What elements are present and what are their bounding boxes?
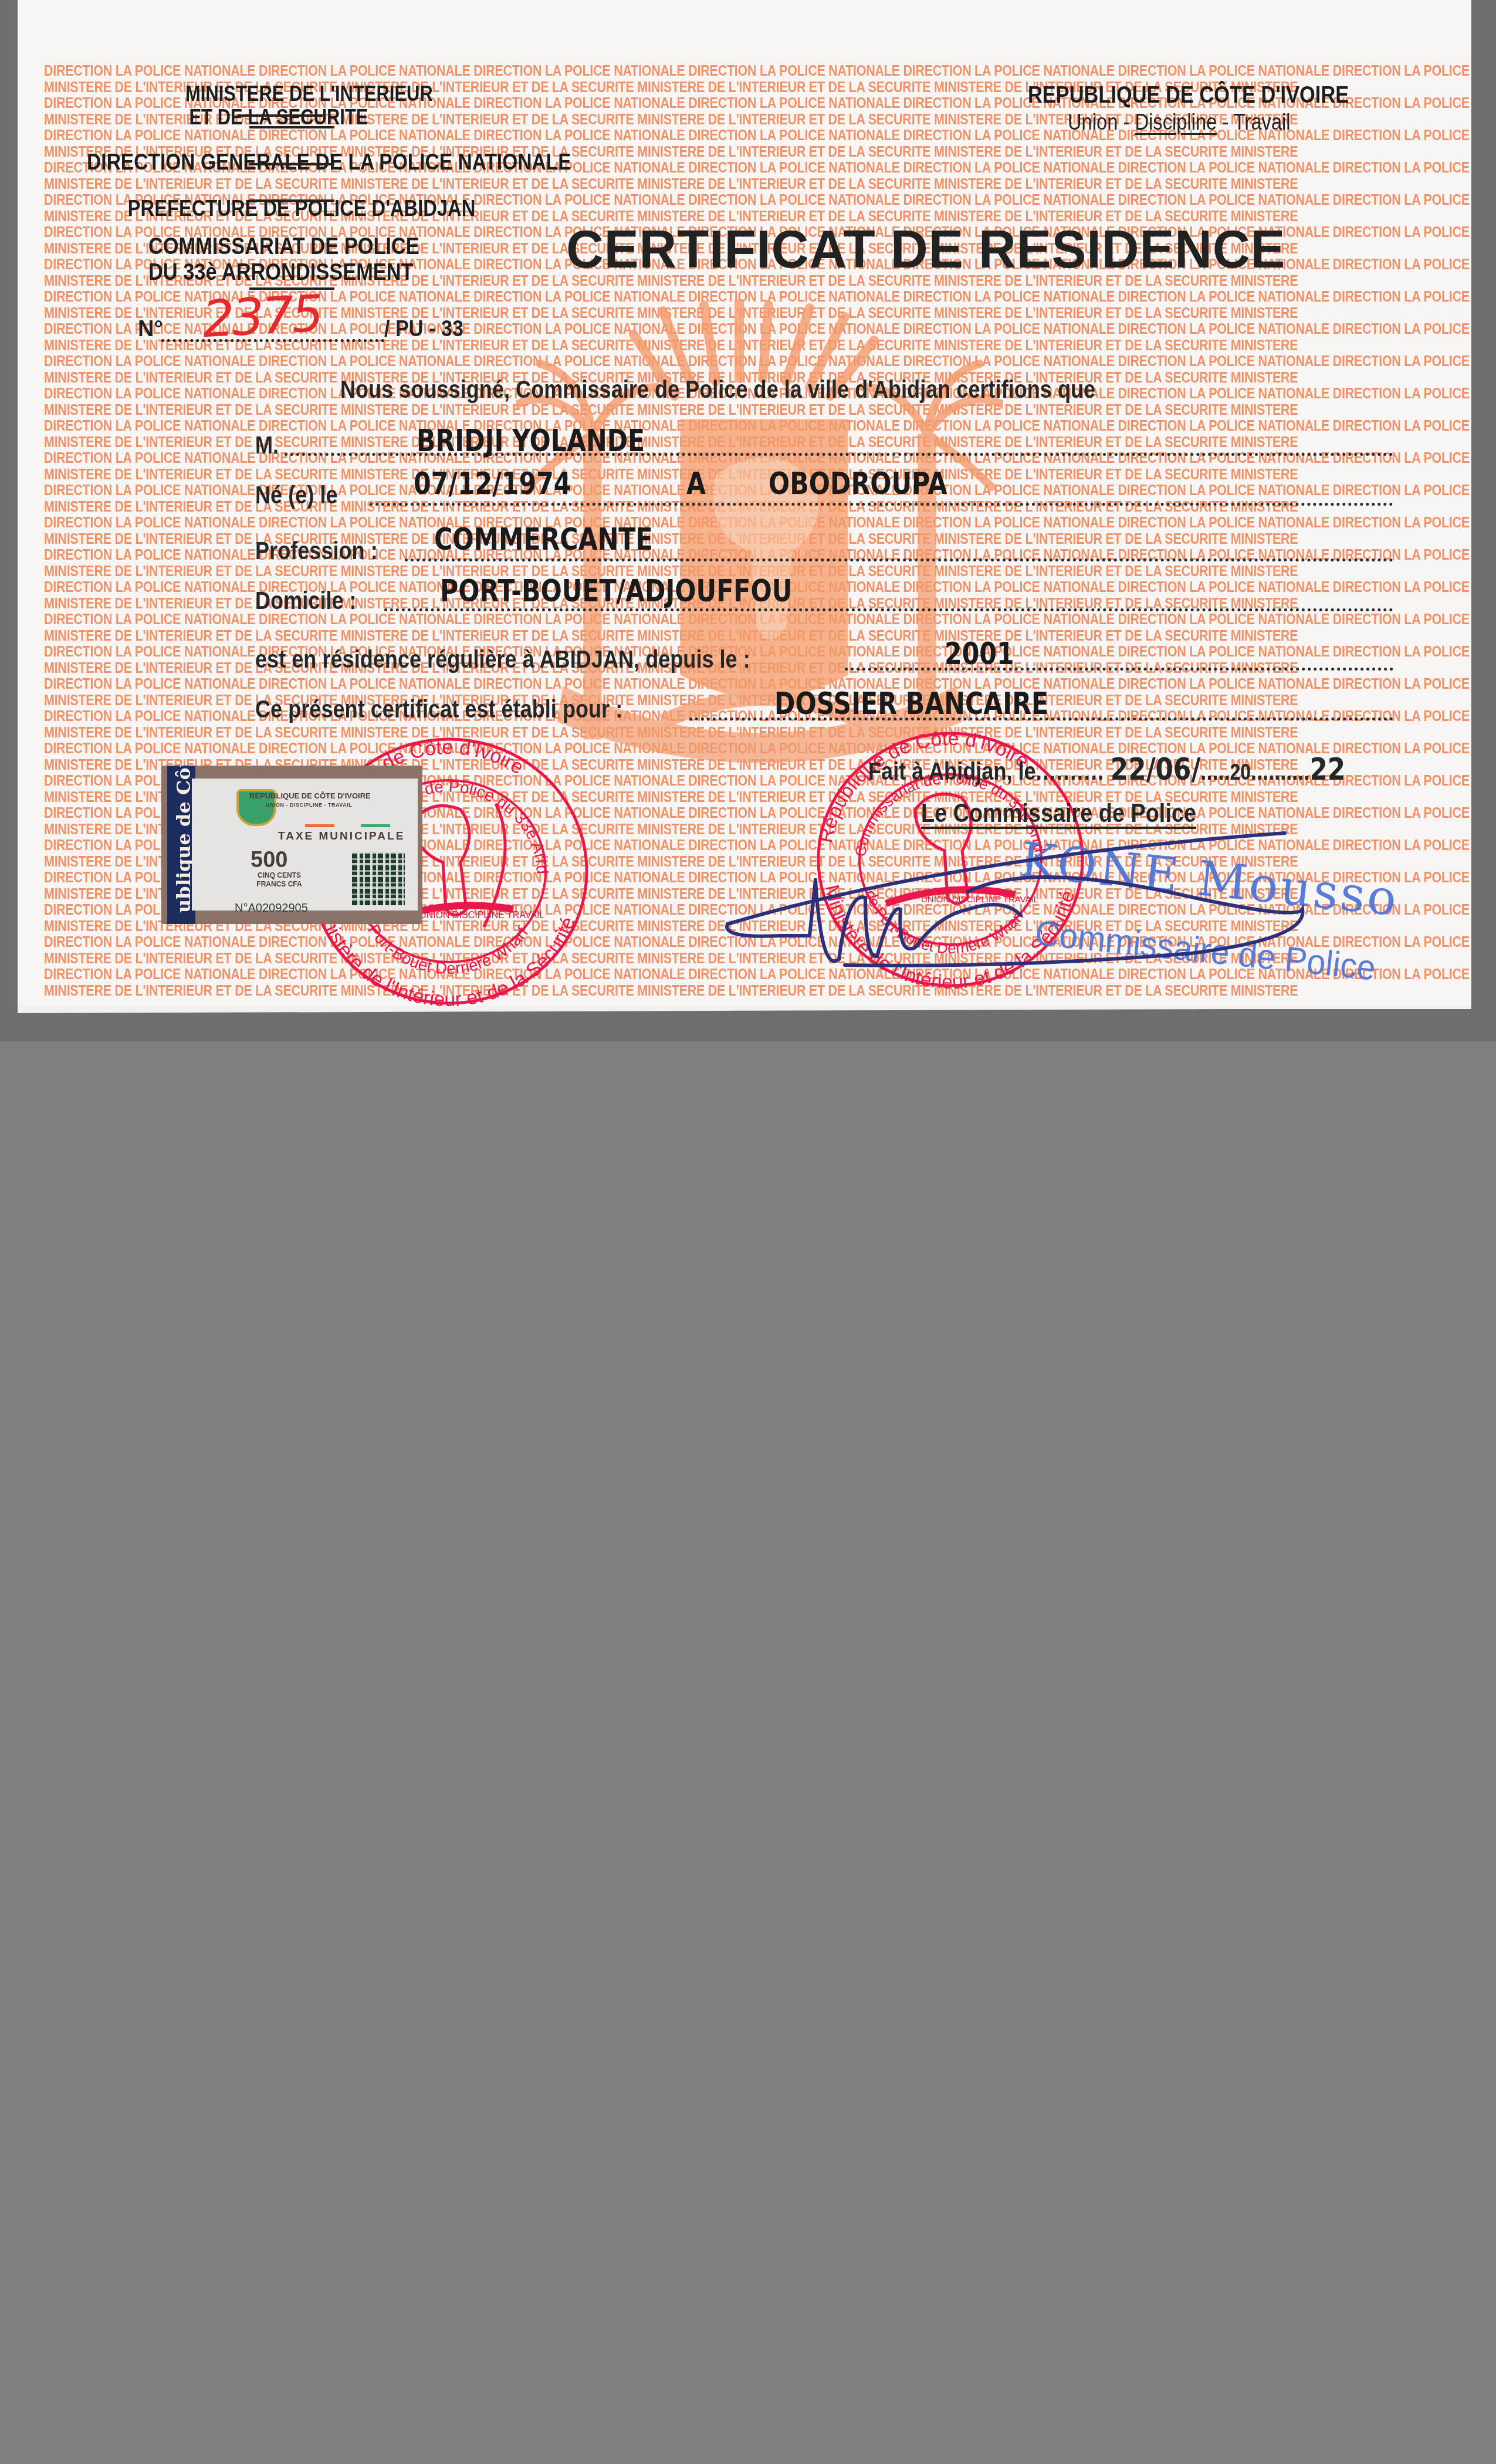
birth-date: 07/12/1974 [414,466,571,502]
issue-date-year: 22 [1309,752,1345,787]
motto-separator: - [1118,110,1135,135]
motto-discipline: Discipline [1135,110,1217,135]
issue-date-century: 20 [1230,760,1251,785]
divider [249,163,334,165]
domicile-value: PORT-BOUET/ADJOUFFOU [440,574,792,609]
certificate-paper: DIRECTION LA POLICE NATIONALE DIRECTION … [18,0,1471,1009]
residence-label: est en résidence régulière à ABIDJAN, de… [255,645,750,674]
country-heading: REPUBLIQUE DE CÔTE D'IVOIRE [1028,82,1331,109]
holder-name: BRIDJI YOLANDE [417,424,645,459]
amount-words-line-1: CINQ CENTS [247,871,312,880]
direction-heading: DIRECTION GENERALE DE LA POLICE NATIONAL… [87,150,506,175]
profession-value: COMMERCANTE [434,522,653,557]
serial-number-suffix: / PU - 33 [384,317,463,342]
seal-motto: UNION DISCIPLINE TRAVAIL [419,911,544,920]
purpose-label: Ce présent certificat est établi pour : [255,695,622,724]
document-title: CERTIFICAT DE RESIDENCE [566,220,1285,280]
serial-number-handwritten: 2375 [201,285,323,349]
birth-at-label: A [686,466,706,502]
watermark-line: DIRECTION LA POLICE NATIONALE DIRECTION … [44,63,1275,80]
motto-separator: - [1217,110,1233,135]
purpose-value: DOSSIER BANCAIRE [774,686,1048,722]
name-label: M. [255,431,279,460]
motto-union: Union [1068,110,1118,135]
made-at-label: Fait à Abidjan, le [868,757,1036,786]
domicile-label: Domicile : [255,587,357,615]
flag-bar-orange [305,824,334,827]
commissariat-heading: COMMISSARIAT DE POLICE DU 33è ARRONDISSE… [148,233,385,285]
fiscal-stamp-motto: UNION - DISCIPLINE - TRAVAIL [266,802,352,808]
birth-place: OBODROUPA [769,466,947,502]
watermark-line: MINISTERE DE L'INTERIEUR ET DE LA SECURI… [44,177,1275,193]
serial-number-label: N° [138,317,163,342]
national-motto: Union - Discipline - Travail [1068,110,1291,136]
qr-code-icon [352,852,405,905]
residence-dotted-line [845,662,1393,671]
ministry-line-2: ET DE LA SECURITE [185,106,372,129]
amount-words-line-2: FRANCS CFA [247,880,312,889]
certification-intro: Nous soussigné, Commissaire de Police de… [340,375,1095,404]
fiscal-stamp: ublique de Côte REPUBLIQUE DE CÔTE D'IVO… [161,766,422,924]
fiscal-stamp-amount-words: CINQ CENTS FRANCS CFA [247,871,312,889]
divider [249,126,334,128]
issue-date-day-month: 22/06/ [1111,752,1200,787]
fiscal-stamp-tax-type: TAXE MUNICIPALE [278,830,405,843]
handwritten-signature-icon [722,821,1396,980]
fiscal-stamp-amount: 500 [251,848,287,873]
motto-travail: Travail [1234,110,1291,135]
ministry-line-1: MINISTERE DE L'INTERIEUR [185,82,372,106]
commissariat-line-1: COMMISSARIAT DE POLICE [148,233,385,259]
profession-label: Profession : [255,537,378,566]
ministry-heading: MINISTERE DE L'INTERIEUR ET DE LA SECURI… [185,82,372,129]
divider [249,199,334,202]
commissariat-line-2: DU 33è ARRONDISSEMENT [148,259,385,285]
watermark-line: MINISTERE DE L'INTERIEUR ET DE LA SECURI… [44,983,1275,1000]
fiscal-stamp-country: REPUBLIQUE DE CÔTE D'IVOIRE [249,791,371,800]
flag-bar-green [361,824,390,827]
birth-label: Né (e) le [255,481,338,510]
fiscal-stamp-number: N°A02092905 [235,902,308,915]
fiscal-stamp-side-band: ublique de Côte [167,766,195,924]
divider [238,114,323,117]
issue-date-line: Fait à Abidjan, le.......... 22/06/.....… [868,752,1345,787]
residence-since: 2001 [945,637,1014,672]
